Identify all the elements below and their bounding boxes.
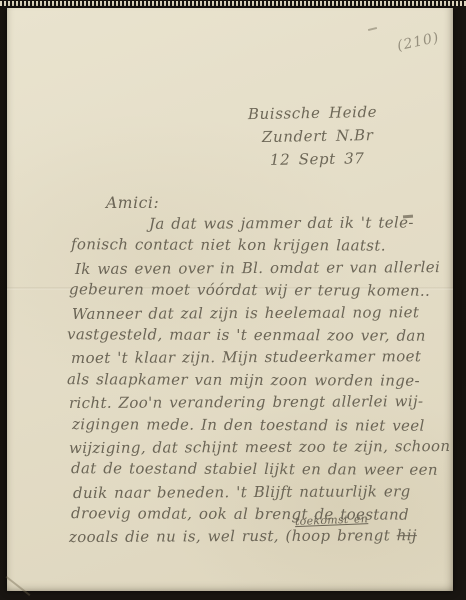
- last-line-text: zooals die nu is, wel rust, (hoop brengt: [69, 527, 397, 547]
- letter-paper: (210) Buissche Heide Zundert N.Br 12 Sep…: [7, 8, 453, 591]
- archive-number: (210): [396, 30, 441, 55]
- heading-locality: Zundert N.Br: [262, 126, 378, 151]
- letter-last-line: zooals die nu is, wel rust, (hoop brengt…: [69, 526, 453, 550]
- letter-line: Ja dat was jammer dat ik 't tele-: [149, 213, 453, 237]
- letter-line: zigingen mede. In den toestand is niet v…: [72, 415, 453, 439]
- heading-place: Buissche Heide: [248, 103, 378, 128]
- letter-line: dat de toestand stabiel lijkt en dan wee…: [71, 459, 453, 483]
- letter-line: duik naar beneden. 't Blijft natuurlijk …: [73, 482, 453, 506]
- struck-word: hij: [397, 527, 417, 545]
- letter-line: Ik was even over in Bl. omdat er van all…: [75, 258, 453, 282]
- letter-scan: (210) Buissche Heide Zundert N.Br 12 Sep…: [0, 0, 466, 600]
- letter-line: moet 't klaar zijn. Mijn studeerkamer mo…: [71, 347, 453, 371]
- corner-crease: [6, 576, 31, 596]
- salutation: Amici:: [106, 194, 159, 212]
- letter-line: richt. Zoo'n verandering brengt allerlei…: [69, 392, 453, 416]
- letter-line: Wanneer dat zal zijn is heelemaal nog ni…: [72, 303, 453, 327]
- letter-line: als slaapkamer van mijn zoon worden inge…: [67, 370, 453, 394]
- letter-line: droevig omdat, ook al brengt de toestand: [71, 504, 453, 528]
- letter-line: gebeuren moet vóórdat wij er terug komen…: [69, 280, 453, 304]
- letter-heading: Buissche Heide Zundert N.Br 12 Sept 37: [248, 104, 377, 173]
- heading-date: 12 Sept 37: [270, 149, 378, 174]
- letter-line: wijziging, dat schijnt meest zoo te zijn…: [69, 437, 453, 461]
- letter-body: Ja dat was jammer dat ik 't tele- fonisc…: [67, 214, 453, 550]
- pencil-mark: [368, 27, 377, 31]
- perforated-edge: [0, 1, 466, 6]
- letter-line: vastgesteld, maar is 't eenmaal zoo ver,…: [67, 325, 453, 349]
- letter-line: fonisch contact niet kon krijgen laatst.: [71, 236, 453, 260]
